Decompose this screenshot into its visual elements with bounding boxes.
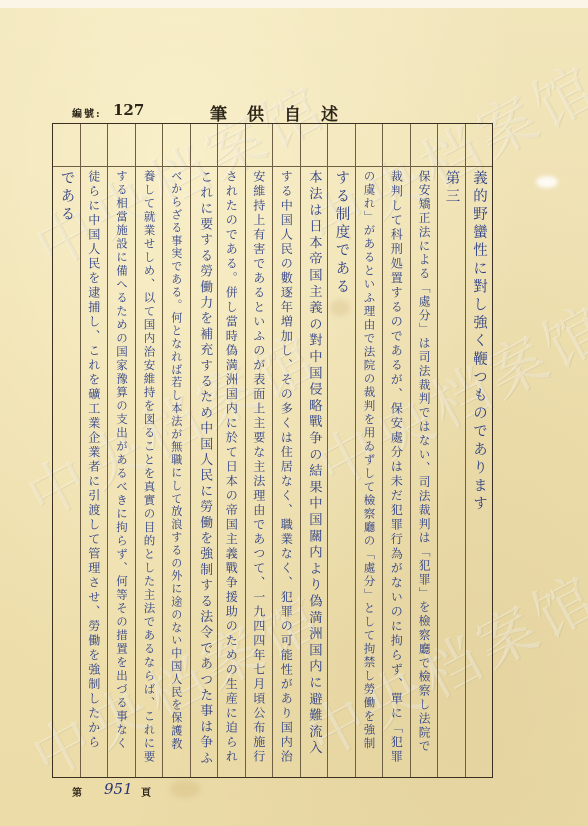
manuscript-column: する相當施設に備へるための国家豫算の支出があるべきに拘らず、何等その措置を出づる… <box>107 124 135 777</box>
handwritten-line: 義的野蠻性に對し強く鞭つものであります <box>472 170 487 514</box>
handwritten-line: する相當施設に備へるための国家豫算の支出があるべきに拘らず、何等その措置を出づる… <box>116 170 128 751</box>
manuscript-column: 裁判して科刑処置するのであるが、保安處分は未だ犯罪行為がないのに拘らず、單に「犯… <box>382 124 410 777</box>
manuscript-column: 第三 <box>437 124 465 777</box>
handwritten-line: これに要する勞働力を補充するため中国人民に勞働を強制する法令であつた事は争ふ <box>197 170 210 767</box>
manuscript-column: の虞れ」があるといふ理由で法院の裁判を用ゐずして檢察廳の「處分」として拘禁し勞働… <box>355 124 383 777</box>
page-number: 951 <box>104 780 133 798</box>
document-paper: 中央档案馆 中央档案馆 中央档案馆 中央档案馆 中央档案馆 中央档案馆 編號: … <box>0 0 588 826</box>
manuscript-column: 本法は日本帝国主義の對中国侵略戰争の結果中国關内より偽満洲国内に避難流入 <box>300 124 328 777</box>
handwritten-line: の虞れ」があるといふ理由で法院の裁判を用ゐずして檢察廳の「處分」として拘禁し勞働… <box>363 170 375 751</box>
page-suffix: 頁 <box>141 784 151 799</box>
handwritten-line: 第三 <box>444 170 459 206</box>
handwritten-line: べからざる事実である。何となれば若し本法が無職にして放浪するの外に途のない中国人… <box>171 170 182 751</box>
handwritten-line: されたのである。併し當時偽満洲国内に於て日本の帝国主義戰争援助のための生産に迫ら… <box>225 170 237 765</box>
handwritten-line: する中国人民の數逐年増加し、その多くは住居なく、職業なく、犯罪の可能性があり国内… <box>280 170 292 765</box>
manuscript-column: 保安矯正法による「處分」は司法裁判ではない、司法裁判は「犯罪」を檢察廳で檢察し法… <box>410 124 438 777</box>
manuscript-column: べからざる事実である。何となれば若し本法が無職にして放浪するの外に途のない中国人… <box>162 124 190 777</box>
handwritten-line: する制度である <box>334 170 349 297</box>
page-footer: 第 951 頁 <box>0 780 588 800</box>
manuscript-column: である <box>53 124 80 777</box>
handwritten-line: である <box>59 170 74 224</box>
form-header: 編號: 127 筆供自述 <box>0 100 588 122</box>
paper-top-edge <box>0 0 588 8</box>
manuscript-column: 安維持上有害であるといふのが表面上主要な主法理由であつて、一九四四年七月頃公布施… <box>245 124 273 777</box>
handwritten-line: 裁判して科刑処置するのであるが、保安處分は未だ犯罪行為がないのに拘らず、單に「犯… <box>390 170 402 765</box>
handwritten-line: 安維持上有害であるといふのが表面上主要な主法理由であつて、一九四四年七月頃公布施… <box>253 170 265 765</box>
serial-number: 127 <box>113 101 144 119</box>
handwritten-line: 本法は日本帝国主義の對中国侵略戰争の結果中国關内より偽満洲国内に避難流入 <box>307 170 320 757</box>
handwritten-line: 徒らに中国人民を逮捕し、これを礦工業企業者に引渡して管理させ、勞働を強制したから <box>88 170 100 750</box>
manuscript-column: されたのである。併し當時偽満洲国内に於て日本の帝国主義戰争援助のための生産に迫ら… <box>217 124 245 777</box>
paper-speck <box>536 176 558 188</box>
manuscript-column: する中国人民の數逐年増加し、その多くは住居なく、職業なく、犯罪の可能性があり国内… <box>272 124 300 777</box>
form-title: 筆供自述 <box>210 100 358 125</box>
manuscript-column: する制度である <box>327 124 355 777</box>
serial-label: 編號: <box>72 105 102 120</box>
handwritten-line: 養して就業せしめ、以て国内治安維持を図ることを真實の目的とした主法であるならば、… <box>143 170 155 764</box>
manuscript-column: これに要する勞働力を補充するため中国人民に勞働を強制する法令であつた事は争ふ <box>190 124 218 777</box>
manuscript-column: 徒らに中国人民を逮捕し、これを礦工業企業者に引渡して管理させ、勞働を強制したから <box>80 124 108 777</box>
manuscript-grid: 義的野蠻性に對し強く鞭つものであります第三保安矯正法による「處分」は司法裁判では… <box>52 123 493 778</box>
manuscript-column: 義的野蠻性に對し強く鞭つものであります <box>465 124 493 777</box>
manuscript-column: 養して就業せしめ、以て国内治安維持を図ることを真實の目的とした主法であるならば、… <box>135 124 163 777</box>
page-prefix: 第 <box>72 784 82 799</box>
handwritten-line: 保安矯正法による「處分」は司法裁判ではない、司法裁判は「犯罪」を檢察廳で檢察し法… <box>418 170 430 754</box>
